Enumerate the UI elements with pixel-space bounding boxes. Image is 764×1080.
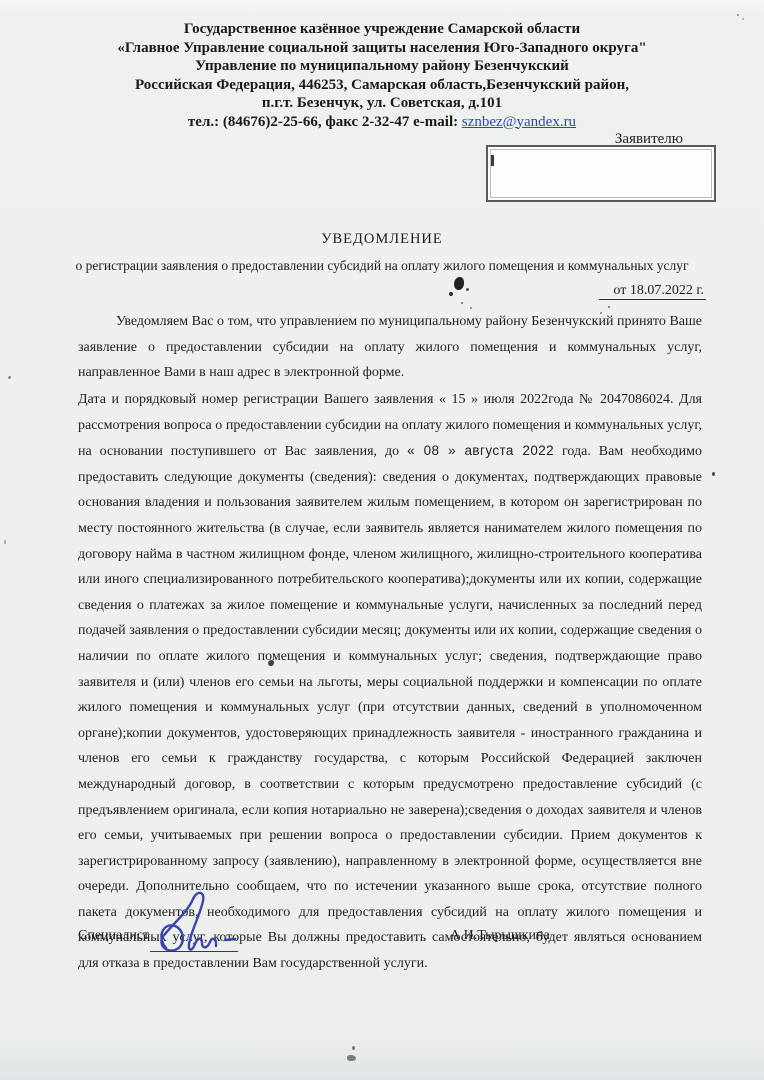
scan-speck [608, 306, 610, 308]
letterhead-contact-line: тел.: (84676)2-25-66, факс 2-32-47 e-mai… [0, 113, 764, 132]
addressee-box [486, 145, 716, 202]
scan-speck [712, 472, 715, 476]
date-value: от 18.07.2022 г. [599, 283, 706, 300]
letterhead: Государственное казённое учреждение Сама… [0, 20, 764, 131]
scan-speck [352, 1046, 355, 1050]
scan-speck [600, 312, 602, 314]
letterhead-line: п.г.т. Безенчук, ул. Советская, д.101 [0, 94, 764, 113]
paragraph2-filled-date: « 08 » августа 2022 [407, 443, 554, 458]
letterhead-line: Российская Федерация, 446253, Самарская … [0, 76, 764, 95]
handwritten-signature [146, 888, 256, 960]
specialist-label: Специалист [78, 928, 149, 944]
document-page: Государственное казённое учреждение Сама… [0, 0, 764, 1080]
scan-speck [4, 540, 6, 544]
email-link[interactable]: sznbez@yandex.ru [462, 114, 576, 130]
addressee-box-cursor-mark [491, 155, 494, 166]
ink-blot [461, 302, 463, 304]
body-paragraph-1: Уведомляем Вас о том, что управлением по… [78, 309, 702, 386]
scan-speck [8, 376, 11, 379]
letterhead-line: «Главное Управление социальной защиты на… [0, 39, 764, 58]
specialist-name: А.И.Тырышкина [450, 928, 550, 944]
ink-blot [466, 288, 469, 291]
ink-blot [470, 307, 472, 309]
scan-speck [737, 14, 739, 16]
signature-line [150, 951, 238, 952]
addressee-box-inner-border [490, 149, 712, 198]
letterhead-line: Управление по муниципальному району Безе… [0, 57, 764, 76]
letterhead-line: Государственное казённое учреждение Сама… [0, 20, 764, 39]
document-subtitle: о регистрации заявления о предоставлении… [0, 258, 764, 274]
phone-fax-text: тел.: (84676)2-25-66, факс 2-32-47 e-mai… [188, 114, 462, 130]
document-title: УВЕДОМЛЕНИЕ [0, 231, 764, 248]
scan-speck [347, 1055, 356, 1061]
date-line: от 18.07.2022 г. [0, 283, 706, 299]
scan-speck [742, 18, 744, 20]
ink-blot [449, 292, 453, 296]
